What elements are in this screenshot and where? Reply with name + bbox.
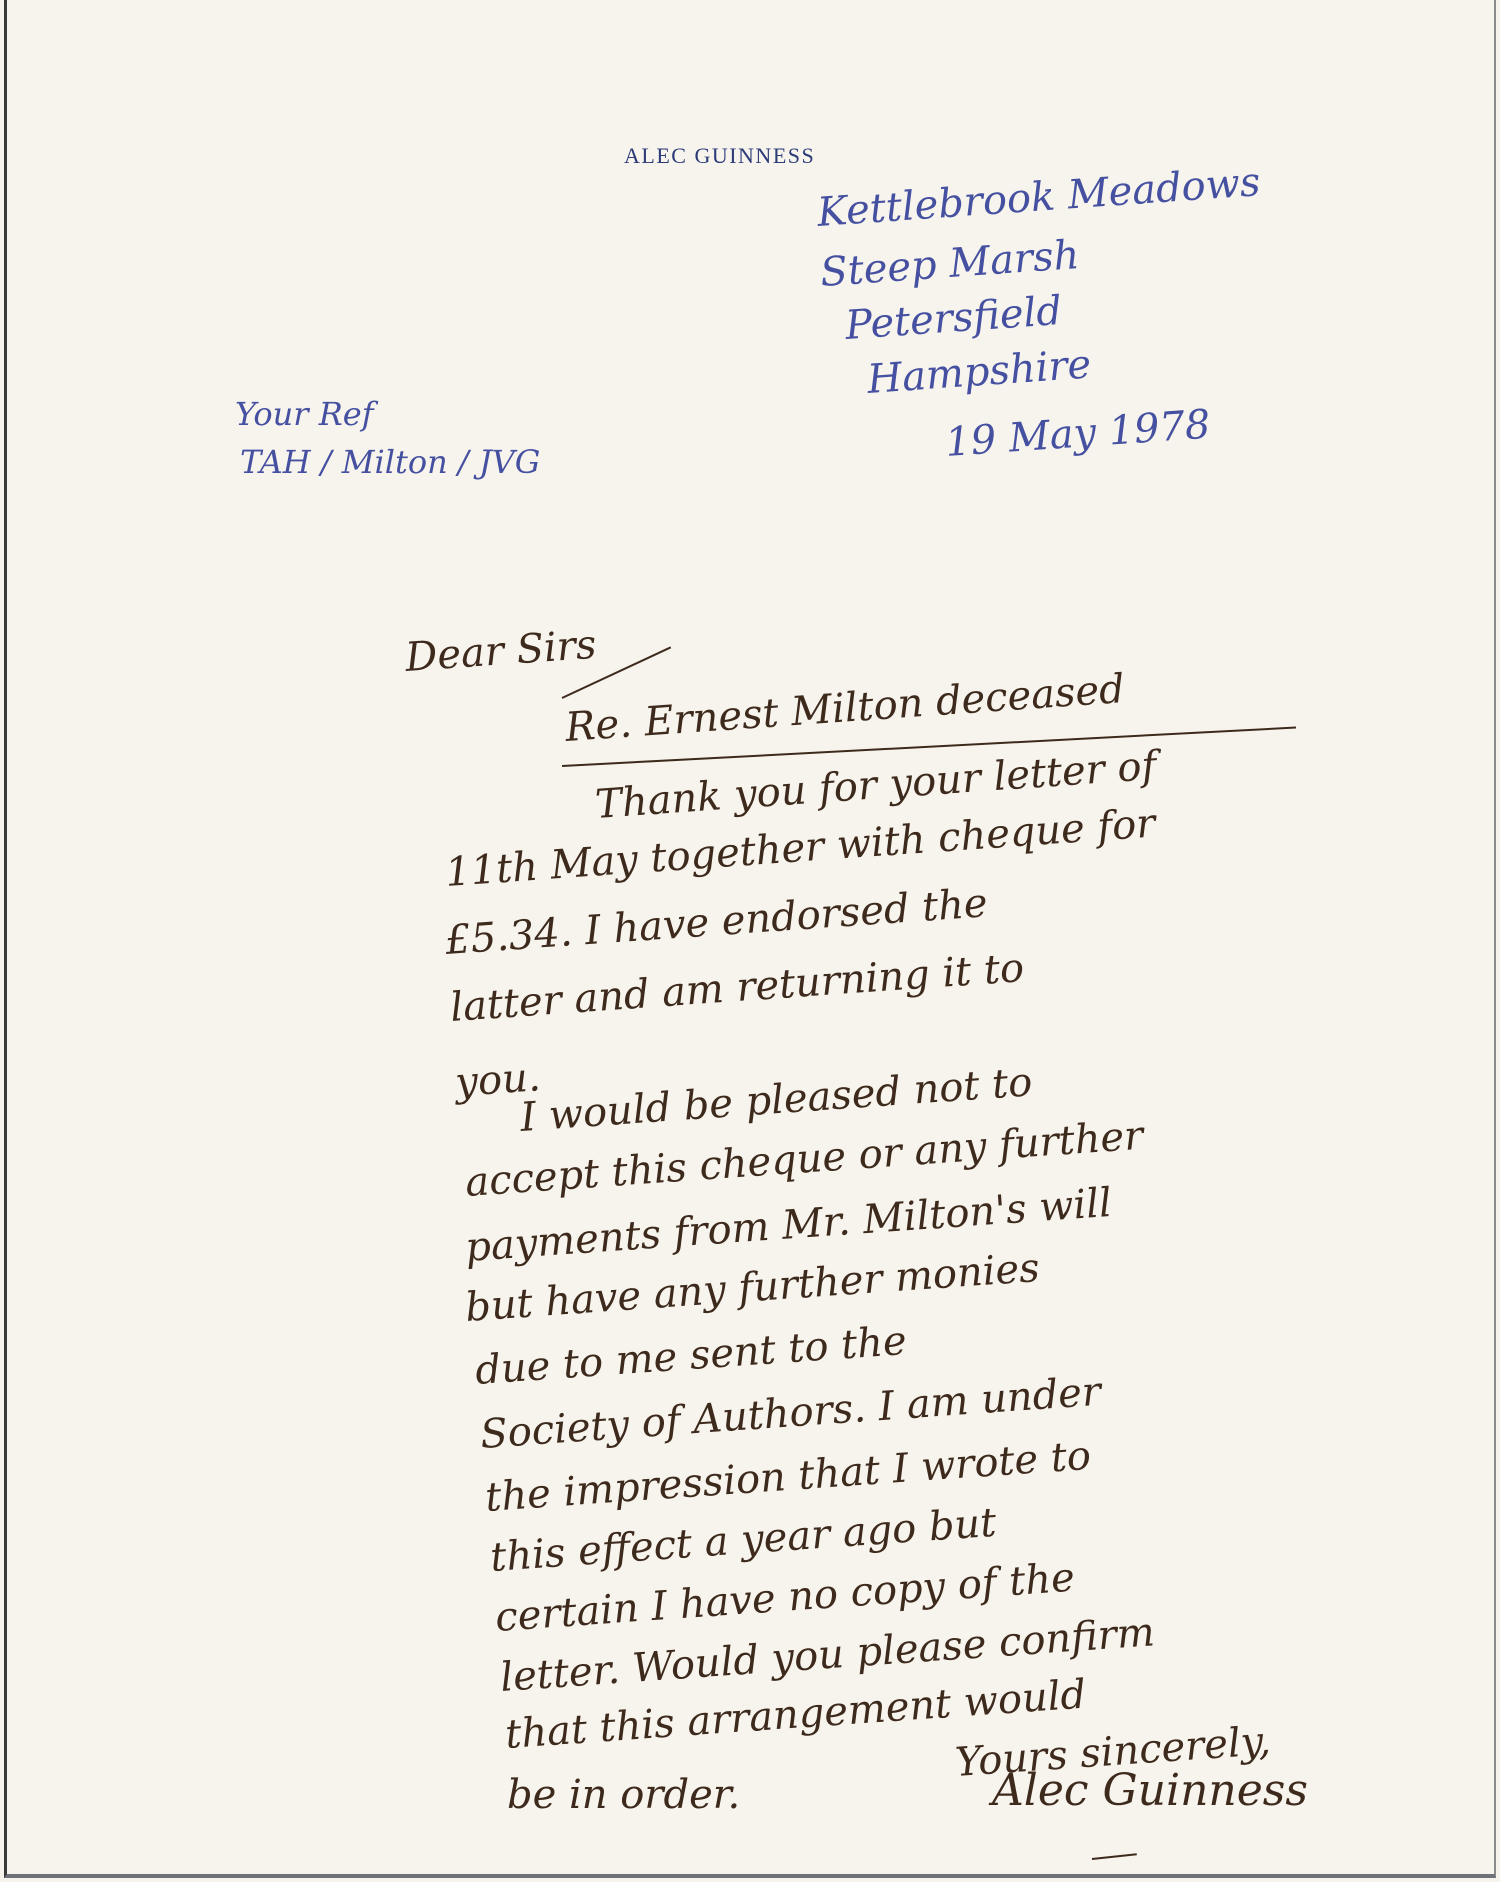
body-line-4: latter and am returning it to — [449, 945, 1026, 1031]
signature-flourish — [1092, 1853, 1137, 1860]
address-line-4: Hampshire — [866, 341, 1093, 403]
letterhead-name: ALEC GUINNESS — [624, 143, 815, 169]
body-line-10: due to me sent to the — [474, 1318, 908, 1394]
address-line-3: Petersfield — [844, 288, 1064, 349]
body-line-3: £5.34. I have endorsed the — [444, 880, 989, 964]
letter-date: 19 May 1978 — [944, 402, 1212, 466]
signature: Alec Guinness — [992, 1765, 1308, 1816]
salutation: Dear Sirs — [404, 622, 598, 681]
address-line-2: Steep Marsh — [819, 232, 1081, 296]
body-line-2: 11th May together with cheque for — [444, 800, 1157, 896]
letter-page: ALEC GUINNESS Kettlebrook Meadows Steep … — [4, 0, 1496, 1878]
reference-value: TAH / Milton / JVG — [240, 443, 540, 481]
address-line-1: Kettlebrook Meadows — [816, 159, 1262, 236]
body-line-17: be in order. — [507, 1772, 740, 1818]
subject-line: Re. Ernest Milton deceased — [564, 666, 1126, 751]
reference-label: Your Ref — [235, 395, 374, 433]
